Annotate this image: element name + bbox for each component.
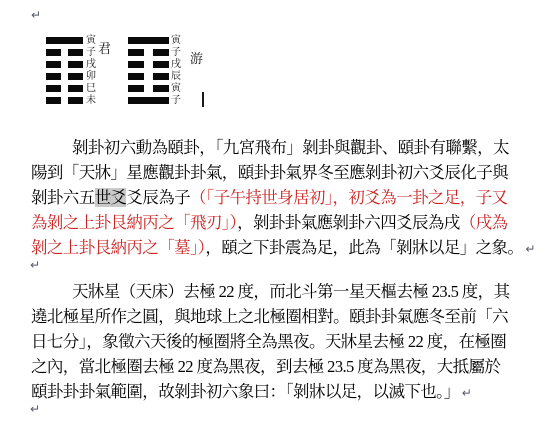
text-line[interactable]: 為剝之上卦艮納丙之「飛刃」），剝卦卦氣應剝卦六四爻辰為戌（戌為 (31, 213, 507, 233)
yin-line (46, 73, 61, 80)
branch-label: 子 (171, 96, 181, 106)
yang-line (128, 97, 169, 104)
yin-line (153, 73, 169, 80)
text-cursor[interactable] (202, 92, 204, 107)
paragraph-mark: ↵ (525, 242, 535, 256)
text-line[interactable]: 剝之上卦艮納丙之「墓」），頤之下卦震為足，此為「剝牀以足」之象。↵ (31, 238, 535, 259)
branch-label: 卯 (86, 72, 96, 82)
branch-label: 子 (171, 48, 181, 58)
yin-line (68, 73, 83, 80)
text-line[interactable]: 之內，當北極圈去極 22 度為黑夜，到去極 23.5 度為黑夜，大抵屬於 (31, 357, 500, 377)
body-text: 天牀星（天床）去極 22 度，而北斗第一星天樞去極 23.5 度，其 (72, 282, 509, 301)
red-text: 為剝之上卦艮納丙之「飛刃」） (31, 213, 237, 232)
body-text: ，剝卦卦氣應剝卦六四爻辰為戌 (237, 213, 460, 232)
yin-line (128, 61, 144, 68)
text-line[interactable]: 剝卦六五世爻爻辰為子（「子午持世身居初」，初爻為一卦之足，子又 (31, 188, 507, 208)
yin-line (46, 61, 61, 68)
body-text: 剝卦六五 (31, 188, 95, 207)
body-text: 之內，當北極圈去極 22 度為黑夜，到去極 23.5 度為黑夜，大抵屬於 (31, 357, 500, 376)
branch-label: 寅 (171, 84, 181, 94)
body-text: ，頤之下卦震為足，此為「剝牀以足」之象。 (205, 238, 523, 257)
red-text: （戌為 (460, 213, 508, 232)
red-text: 剝之上卦艮納丙之「墓」） (31, 238, 205, 257)
yin-line (153, 49, 169, 56)
paragraph-mark: ↵ (30, 402, 40, 416)
body-text: 頤卦卦卦氣範圍，故剝卦初六象曰：「剝牀以足，以滅下也。」 (31, 382, 460, 401)
text-line[interactable]: 剝卦初六動為頤卦，「九宮飛布」剝卦與觀卦、頤卦有聯繫，太 (72, 138, 509, 158)
body-text: 遶北極星所作之圓，與地球上之北極圈相對。頤卦卦氣應冬至前「六 (31, 307, 508, 326)
yin-line (68, 85, 83, 92)
yin-line (68, 97, 83, 104)
yin-line (128, 73, 144, 80)
branch-label: 戌 (171, 60, 181, 70)
yin-line (46, 49, 61, 56)
text-line[interactable]: 頤卦卦卦氣範圍，故剝卦初六象曰：「剝牀以足，以滅下也。」↵ (31, 382, 472, 403)
yin-line (128, 85, 144, 92)
yin-line (46, 85, 61, 92)
branch-label: 未 (86, 96, 96, 106)
branch-label: 辰 (171, 72, 181, 82)
text-line[interactable]: 天牀星（天床）去極 22 度，而北斗第一星天樞去極 23.5 度，其 (72, 282, 509, 302)
hexagram-side-label: 君 (98, 42, 111, 55)
text-line[interactable]: 日七分」，象徵六天後的極圈將全為黑夜。天牀星去極 22 度，在極圈 (31, 332, 506, 352)
hexagram-side-label: 游 (190, 52, 203, 65)
yin-line (68, 49, 83, 56)
branch-label: 子 (86, 48, 96, 58)
body-text: 陽到「天牀」星應觀卦卦氣，頤卦卦氣界冬至應剝卦初六爻辰化子與 (31, 163, 508, 182)
yang-line (46, 37, 83, 44)
branch-label: 寅 (86, 36, 96, 46)
body-text: 日七分」，象徵六天後的極圈將全為黑夜。天牀星去極 22 度，在極圈 (31, 332, 506, 351)
text-line[interactable]: 遶北極星所作之圓，與地球上之北極圈相對。頤卦卦氣應冬至前「六 (31, 307, 508, 327)
text-line[interactable]: 陽到「天牀」星應觀卦卦氣，頤卦卦氣界冬至應剝卦初六爻辰化子與 (31, 163, 508, 183)
body-text: 剝卦初六動為頤卦，「九宮飛布」剝卦與觀卦、頤卦有聯繫，太 (72, 138, 509, 157)
yin-line (153, 85, 169, 92)
yang-line (128, 37, 169, 44)
paragraph-mark: ↵ (462, 386, 472, 400)
branch-label: 寅 (171, 36, 181, 46)
yin-line (128, 49, 144, 56)
word-document-page: ↵ 寅子戌卯巳未君寅子戌辰寅子游 剝卦初六動為頤卦，「九宮飛布」剝卦與觀卦、頤卦… (0, 0, 550, 438)
red-text: （「子午持世身居初」，初爻為一卦之足，子又 (190, 188, 507, 207)
paragraph-mark: ↵ (31, 8, 41, 22)
body-text: 爻辰為子 (126, 188, 190, 207)
yin-line (46, 97, 61, 104)
branch-label: 戌 (86, 60, 96, 70)
highlighted-text: 世爻 (95, 188, 127, 207)
yin-line (68, 61, 83, 68)
yin-line (153, 61, 169, 68)
branch-label: 巳 (86, 84, 96, 94)
paragraph-mark: ↵ (30, 258, 40, 272)
